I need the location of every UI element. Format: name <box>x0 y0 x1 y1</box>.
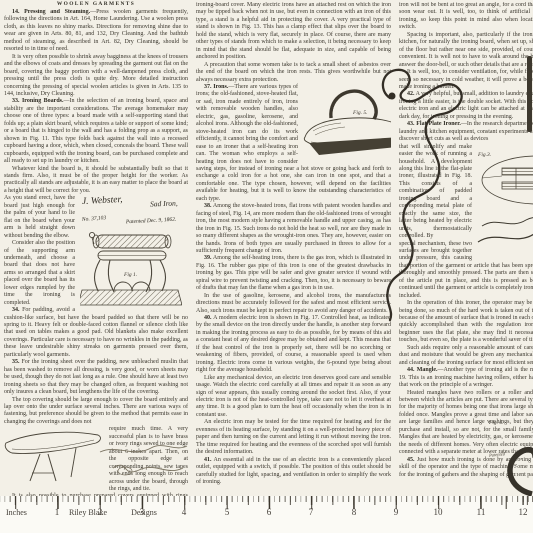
mangle-figure: Fig 1. <box>80 230 182 306</box>
ruler-number: 4 <box>182 507 187 517</box>
paragraph: ironing-board cover. Many electric irons… <box>196 2 391 62</box>
ruler-number: 2 <box>98 507 103 517</box>
paragraph: 40. A modern electric iron is shown in F… <box>196 315 391 375</box>
paragraph: 38. Among the stove-heated irons, flat i… <box>196 203 391 255</box>
paragraph: 42. A very helpful, but small, addition … <box>399 91 533 121</box>
article-number: 38. <box>204 203 212 209</box>
paragraph: A precaution that some women take is to … <box>196 62 391 84</box>
paragraph: 44. Mangle.—Another type of ironing aid … <box>399 367 533 389</box>
paragraph: 34. For padding, avoid a cushion-like su… <box>4 307 188 359</box>
article-number: 37. Irons. <box>204 84 228 90</box>
column-right: iron will not be bent at too great an an… <box>399 2 533 497</box>
column-middle: ironing-board cover. Many electric irons… <box>196 2 391 497</box>
ruler-number: 9 <box>394 507 399 517</box>
paragraph: 41. An essential aid in the use of an el… <box>196 457 391 487</box>
paragraph: 43. Flat-Plate Ironer.—In the research d… <box>399 121 533 143</box>
paragraph: 33. Ironing Boards.—In the selection of … <box>4 98 188 165</box>
mangle-figure-label: Fig 1. <box>123 272 137 278</box>
ruler-unit-label: Inches <box>6 508 27 517</box>
paragraph: Whatever kind the board is, it should be… <box>4 166 188 196</box>
ruler-number: 8 <box>352 507 357 517</box>
paragraph: It is very often possible to shrink away… <box>4 54 188 99</box>
paragraph: In the operation of this ironer, the ope… <box>399 300 533 345</box>
ruler-number: 12 <box>519 507 528 517</box>
ruler-number: 3 <box>140 507 145 517</box>
article-number: 14. Pressing and Steaming. <box>12 9 90 15</box>
paragraph: 39. Among the self-heating irons, there … <box>196 255 391 292</box>
signature-title: Sad Iron, <box>150 200 178 208</box>
paragraph: The top covering should be large enough … <box>4 397 188 427</box>
paragraph: iron will not be bent at too great an an… <box>399 2 533 32</box>
ruler-number: 10 <box>434 507 443 517</box>
paragraph: Spacing is important, also, particularly… <box>399 32 533 69</box>
corner-iron-figure <box>502 444 533 496</box>
article-number: 34. <box>12 307 20 313</box>
ironing-board-figure <box>4 427 104 485</box>
paragraph: 14. Pressing and Steaming.—Press woolen … <box>4 9 188 54</box>
patent-figure-block: J. Webster, Sad Iron, No. 37,103 Patente… <box>80 196 188 308</box>
selvage-ruler: Inches Riley Blake Designs 1 2 3 4 5 6 7… <box>0 496 533 533</box>
paragraph: In the use of gasoline, kerosene, and al… <box>196 293 391 315</box>
patent-signature: J. Webster, Sad Iron, No. 37,103 Patente… <box>80 196 188 230</box>
clipped-figure-right-edge <box>527 56 532 132</box>
sad-iron-figure-label: Fig. 5. <box>352 110 368 116</box>
paragraph: It is well, too, to consider ventilation… <box>399 69 533 91</box>
article-number: 44. Mangle. <box>407 367 438 373</box>
patent-date: Patented Dec. 9, 1862. <box>126 217 177 227</box>
sad-iron-figure: Fig. 5. <box>303 85 391 161</box>
column-left: 14. Pressing and Steaming.—Press woolen … <box>4 9 188 497</box>
article-number: 40. <box>204 315 212 321</box>
flat-plate-figure-label: Fig.3. <box>477 152 491 158</box>
ruler-number: 7 <box>309 507 314 517</box>
fabric-print-page: WOOLEN GARMENTS 14. Pressing and Steamin… <box>0 0 533 533</box>
article-number: 39. <box>204 255 212 261</box>
article-number: 41. <box>204 457 212 463</box>
flat-plate-ironer-figure: Fig.3. Fig.4. <box>476 146 533 260</box>
ruler-number: 11 <box>477 507 486 517</box>
paragraph: Like any mechanical device, an electric … <box>196 375 391 420</box>
article-number: 42. <box>407 91 415 97</box>
patent-number: No. 37,103 <box>82 215 107 224</box>
article-number: 33. Ironing Boards. <box>12 98 64 104</box>
article-number: 43. Flat-Plate Ironer. <box>407 121 461 127</box>
paragraph: 35. For the ironing sheet over the paddi… <box>4 359 188 396</box>
article-number: 45. <box>407 457 415 463</box>
ruler-number: 5 <box>225 507 230 517</box>
article-number: 35. <box>12 359 20 365</box>
signature-name: J. Webster, <box>82 197 123 207</box>
ruler-number: 6 <box>267 507 272 517</box>
paragraph: An electric iron may be tested for the t… <box>196 419 391 456</box>
ruler-number: 1 <box>55 507 60 517</box>
fig6-label: Fig. 6. <box>489 420 504 426</box>
paragraph: Such aids require only a reasonable amou… <box>399 345 533 367</box>
page-title: WOOLEN GARMENTS <box>4 1 188 7</box>
